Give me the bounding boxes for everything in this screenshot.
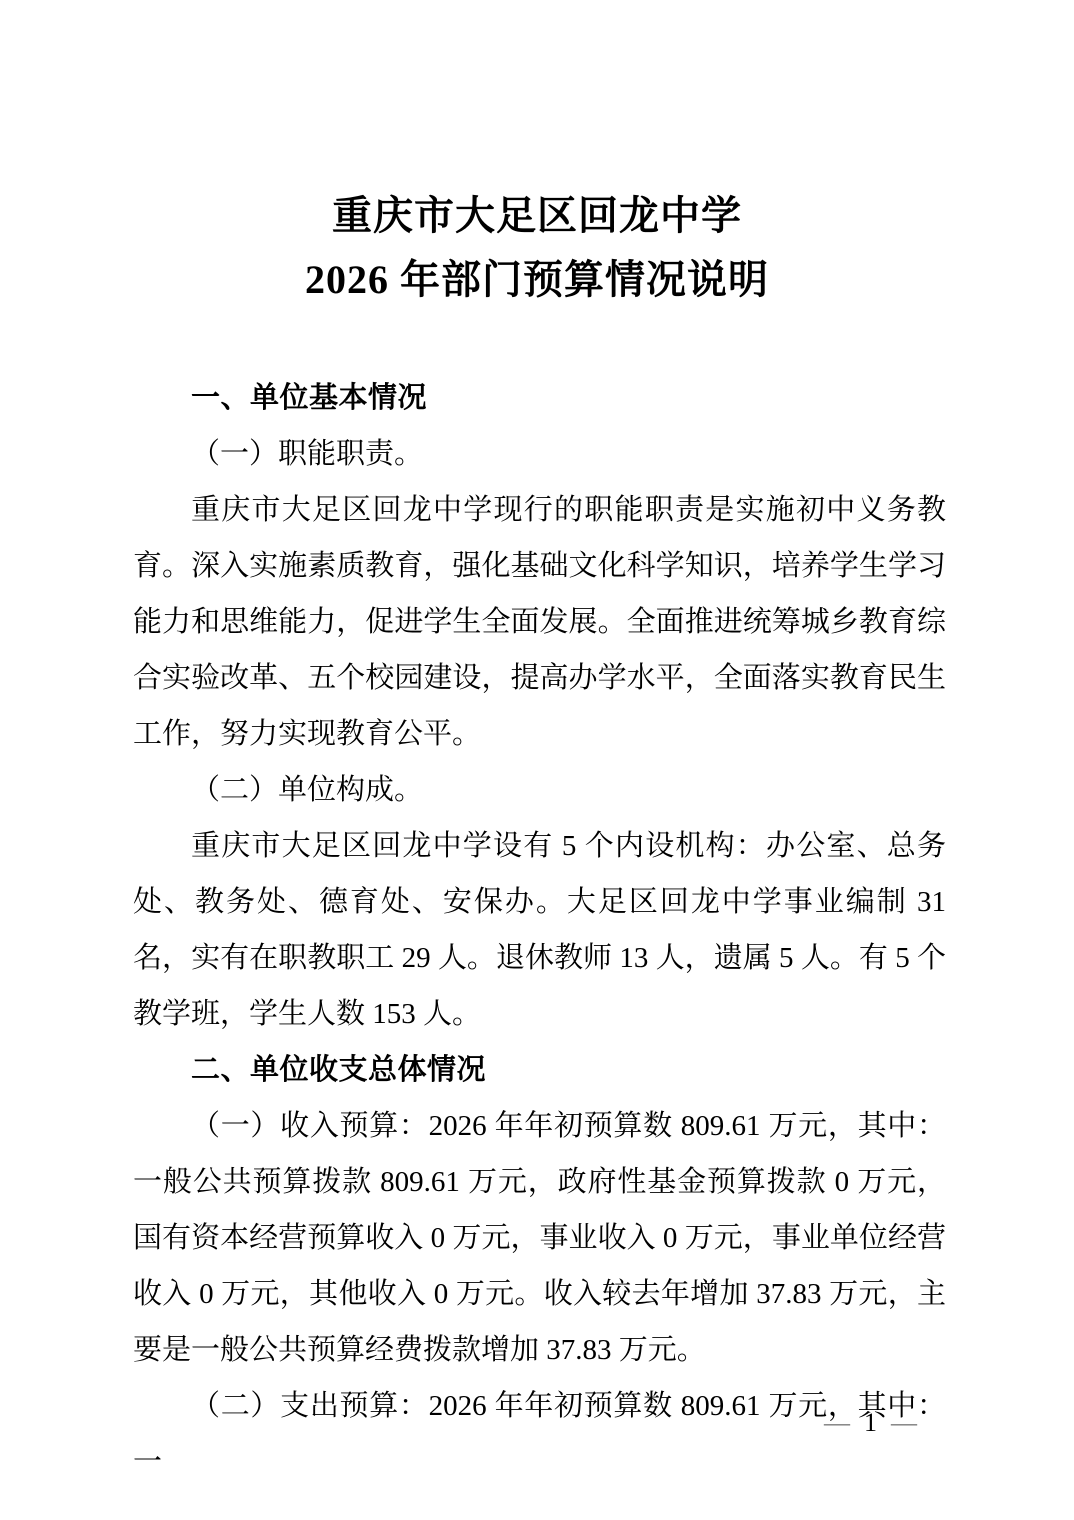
- paragraph-income-budget: （一）收入预算：2026 年年初预算数 809.61 万元，其中：一般公共预算拨…: [133, 1098, 946, 1378]
- footer-dash-right: —: [891, 1408, 917, 1437]
- title-line-2: 2026 年部门预算情况说明: [0, 248, 1074, 312]
- subsection-heading-duties: （一）职能职责。: [133, 426, 946, 482]
- page-footer: —1—: [824, 1403, 917, 1443]
- footer-dash-left: —: [824, 1408, 850, 1437]
- subsection-heading-composition: （二）单位构成。: [133, 762, 946, 818]
- document-page: 重庆市大足区回龙中学 2026 年部门预算情况说明 一、单位基本情况 （一）职能…: [0, 0, 1074, 1520]
- document-title: 重庆市大足区回龙中学 2026 年部门预算情况说明: [0, 184, 1074, 312]
- title-line-1: 重庆市大足区回龙中学: [0, 184, 1074, 248]
- page-number: 1: [864, 1408, 877, 1437]
- section-heading-budget-overview: 二、单位收支总体情况: [133, 1042, 946, 1098]
- section-heading-basic-info: 一、单位基本情况: [133, 370, 946, 426]
- document-body: 一、单位基本情况 （一）职能职责。 重庆市大足区回龙中学现行的职能职责是实施初中…: [133, 370, 946, 1490]
- paragraph-composition: 重庆市大足区回龙中学设有 5 个内设机构：办公室、总务处、教务处、德育处、安保办…: [133, 818, 946, 1042]
- paragraph-duties: 重庆市大足区回龙中学现行的职能职责是实施初中义务教育。深入实施素质教育，强化基础…: [133, 482, 946, 762]
